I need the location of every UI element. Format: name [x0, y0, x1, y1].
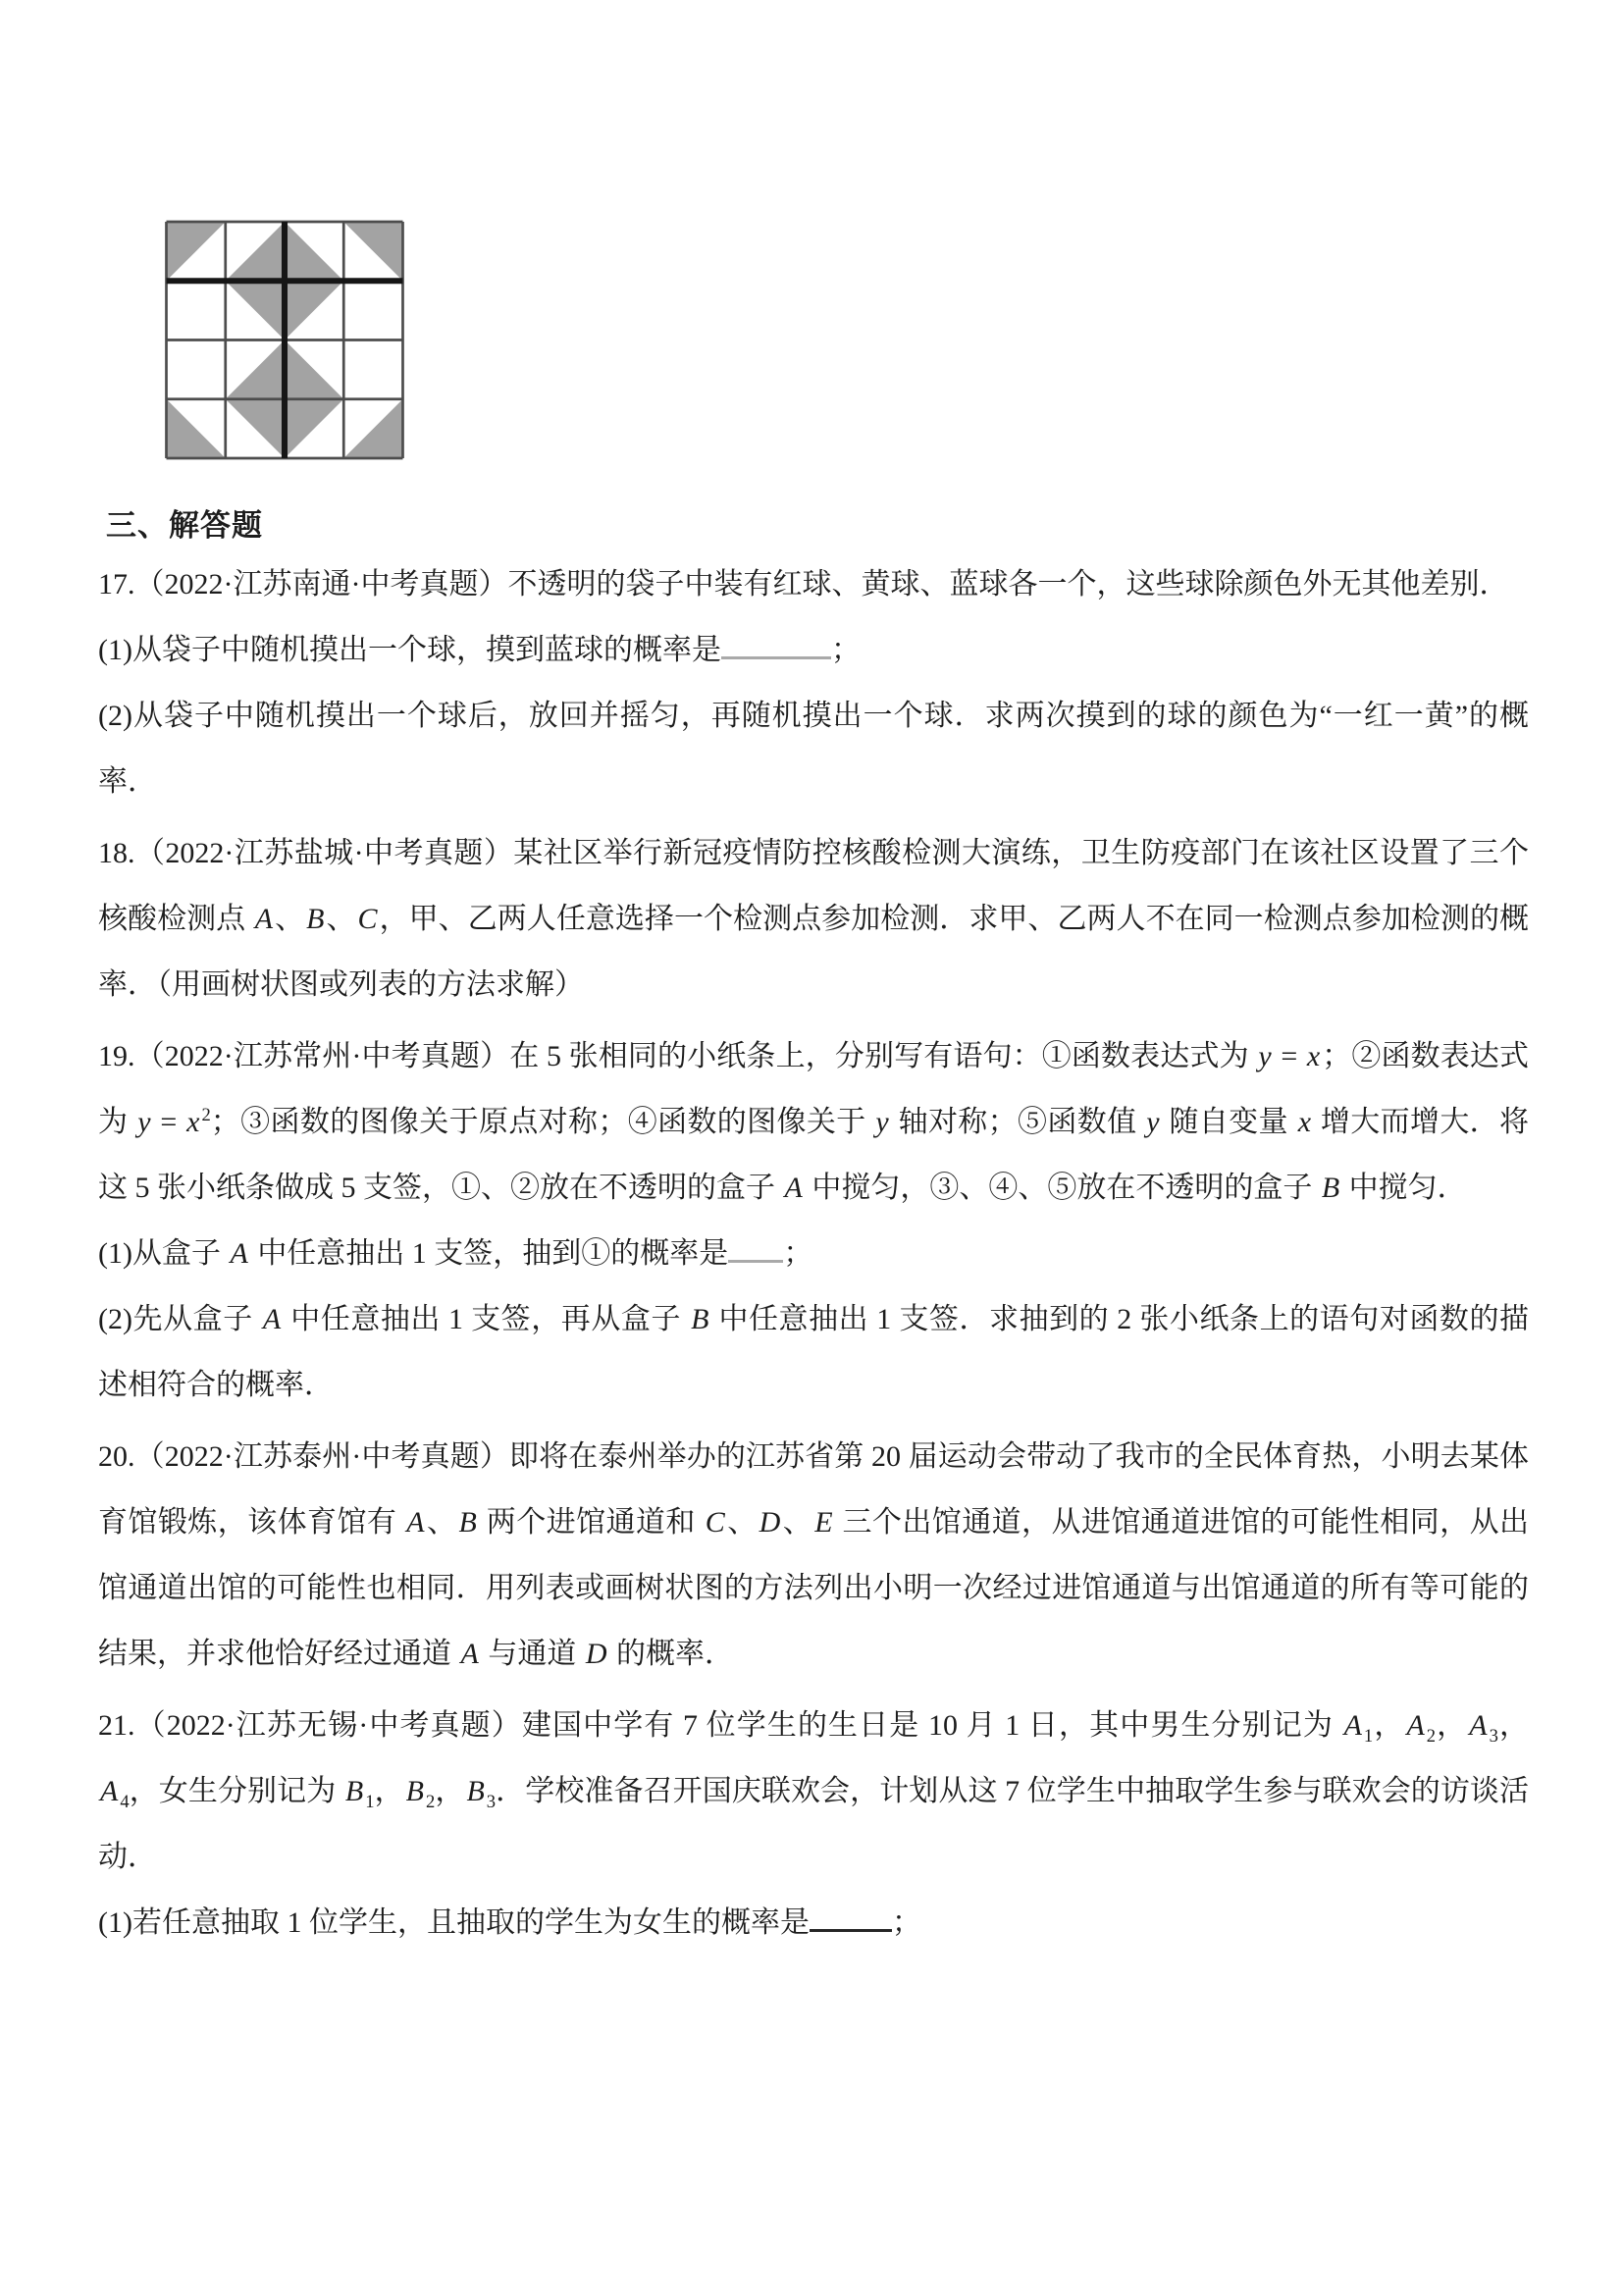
top-left-triangle [167, 222, 226, 281]
question-20: 20.（2022·江苏泰州·中考真题）即将在泰州举办的江苏省第 20 届运动会带… [98, 1424, 1529, 1687]
question-17-body: 17.（2022·江苏南通·中考真题）不透明的袋子中装有红球、黄球、蓝球各一个，… [98, 551, 1529, 617]
question-21-part-1: (1)若任意抽取 1 位学生，且抽取的学生为女生的概率是； [98, 1890, 1529, 1956]
pattern-figure [163, 219, 406, 461]
question-19-part-2: (2)先从盒子 A 中任意抽出 1 支签，再从盒子 B 中任意抽出 1 支签．求… [98, 1286, 1529, 1418]
bottom-left-triangle [167, 399, 226, 458]
question-18: 18.（2022·江苏盐城·中考真题）某社区举行新冠疫情防控核酸检测大演练，卫生… [98, 820, 1529, 1018]
bottom-right-triangle [343, 399, 402, 458]
section-heading: 三、解答题 [106, 506, 1529, 546]
top-right-triangle [343, 222, 402, 281]
question-18-body: 18.（2022·江苏盐城·中考真题）某社区举行新冠疫情防控核酸检测大演练，卫生… [98, 820, 1529, 1018]
question-17-part-1: (1)从袋子中随机摸出一个球，摸到蓝球的概率是； [98, 617, 1529, 683]
question-19-part-1: (1)从盒子 A 中任意抽出 1 支签，抽到①的概率是； [98, 1221, 1529, 1286]
question-17: 17.（2022·江苏南通·中考真题）不透明的袋子中装有红球、黄球、蓝球各一个，… [98, 551, 1529, 814]
question-19-body: 19.（2022·江苏常州·中考真题）在 5 张相同的小纸条上，分别写有语句：①… [98, 1023, 1529, 1221]
question-19: 19.（2022·江苏常州·中考真题）在 5 张相同的小纸条上，分别写有语句：①… [98, 1023, 1529, 1418]
question-17-part-2: (2)从袋子中随机摸出一个球后，放回并摇匀，再随机摸出一个球．求两次摸到的球的颜… [98, 683, 1529, 814]
question-21: 21.（2022·江苏无锡·中考真题）建国中学有 7 位学生的生日是 10 月 … [98, 1693, 1529, 1956]
document-page: 三、解答题 17.（2022·江苏南通·中考真题）不透明的袋子中装有红球、黄球、… [0, 0, 1623, 2296]
question-21-body: 21.（2022·江苏无锡·中考真题）建国中学有 7 位学生的生日是 10 月 … [98, 1693, 1529, 1890]
pattern-grid-svg [163, 219, 406, 461]
question-20-body: 20.（2022·江苏泰州·中考真题）即将在泰州举办的江苏省第 20 届运动会带… [98, 1424, 1529, 1687]
